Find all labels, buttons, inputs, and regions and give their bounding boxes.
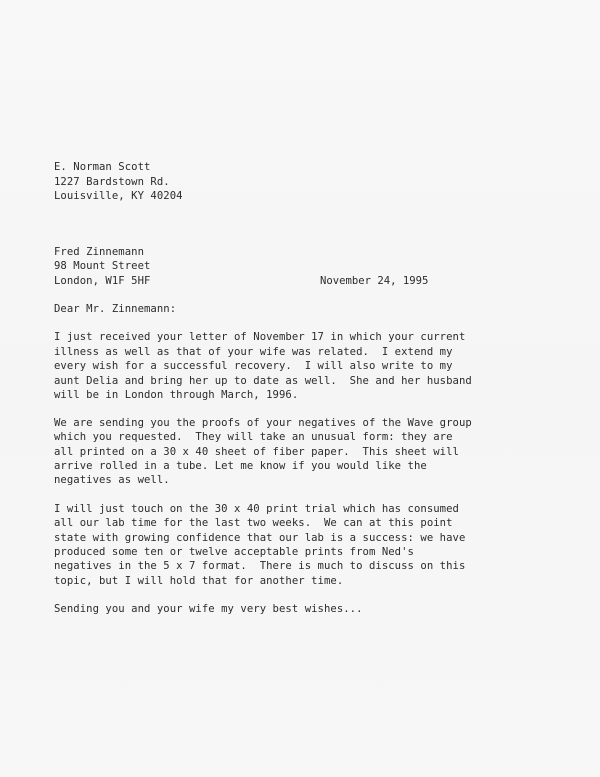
paragraph-line: all our lab time for the last two weeks.… bbox=[54, 516, 453, 530]
recipient-street: 98 Mount Street bbox=[54, 259, 150, 273]
sender-city: Louisville, KY 40204 bbox=[54, 189, 183, 203]
recipient-city: London, W1F 5HF bbox=[54, 274, 150, 288]
paragraph-line: state with growing confidence that our l… bbox=[54, 531, 465, 545]
letter-date: November 24, 1995 bbox=[320, 274, 428, 288]
recipient-name: Fred Zinnemann bbox=[54, 245, 144, 259]
paragraph-line: illness as well as that of your wife was… bbox=[54, 345, 453, 359]
paragraph-line: produced some ten or twelve acceptable p… bbox=[54, 545, 414, 559]
paragraph-line: all printed on a 30 x 40 sheet of fiber … bbox=[54, 445, 459, 459]
paragraph-line: negatives in the 5 x 7 format. There is … bbox=[54, 559, 465, 573]
sender-street: 1227 Bardstown Rd. bbox=[54, 175, 170, 189]
paragraph-line: I just received your letter of November … bbox=[54, 330, 465, 344]
closing: Sending you and your wife my very best w… bbox=[54, 602, 363, 616]
paragraph-line: aunt Delia and bring her up to date as w… bbox=[54, 374, 472, 388]
paragraph-line: We are sending you the proofs of your ne… bbox=[54, 416, 472, 430]
paragraph-line: negatives as well. bbox=[54, 473, 170, 487]
paragraph-line: will be in London through March, 1996. bbox=[54, 388, 298, 402]
paragraph-line: arrive rolled in a tube. Let me know if … bbox=[54, 459, 427, 473]
salutation: Dear Mr. Zinnemann: bbox=[54, 302, 176, 316]
sender-name: E. Norman Scott bbox=[54, 160, 150, 174]
paragraph-line: every wish for a successful recovery. I … bbox=[54, 359, 453, 373]
paragraph-line: topic, but I will hold that for another … bbox=[54, 574, 343, 588]
paragraph-line: I will just touch on the 30 x 40 print t… bbox=[54, 502, 459, 516]
letter-page: E. Norman Scott 1227 Bardstown Rd. Louis… bbox=[0, 0, 600, 777]
paragraph-line: which you requested. They will take an u… bbox=[54, 430, 453, 444]
